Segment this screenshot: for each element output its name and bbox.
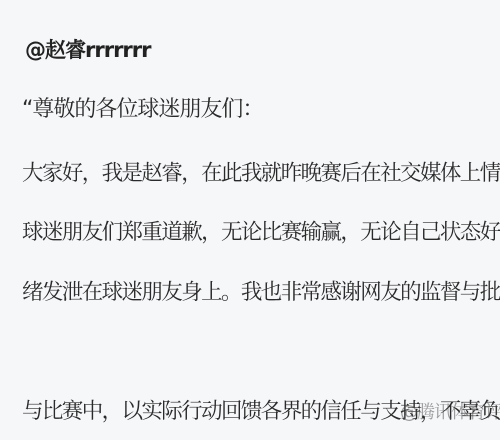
user-handle[interactable]: @赵睿rrrrrrr [25,34,151,64]
post-body-line-1: 大家好，我是赵睿，在此我就昨晚赛后在社交媒体上情绪化地回复球迷评论，向所有的 [22,156,500,187]
post-greeting: “尊敬的各位球迷朋友们： [22,92,263,123]
apology-post: @赵睿rrrrrrr “尊敬的各位球迷朋友们： 大家好，我是赵睿，在此我就昨晚赛… [0,0,500,440]
post-body-line-3: 绪发泄在球迷朋友身上。我也非常感谢网友的监督与批评。我将把全部精力投入到训练 [22,275,500,306]
watermark-text: @腾讯体育评论 [400,398,500,424]
post-body-line-2: 球迷朋友们郑重道歉，无论比赛输赢，无论自己状态好坏，作为职业球员都不应当将情 [22,215,500,246]
